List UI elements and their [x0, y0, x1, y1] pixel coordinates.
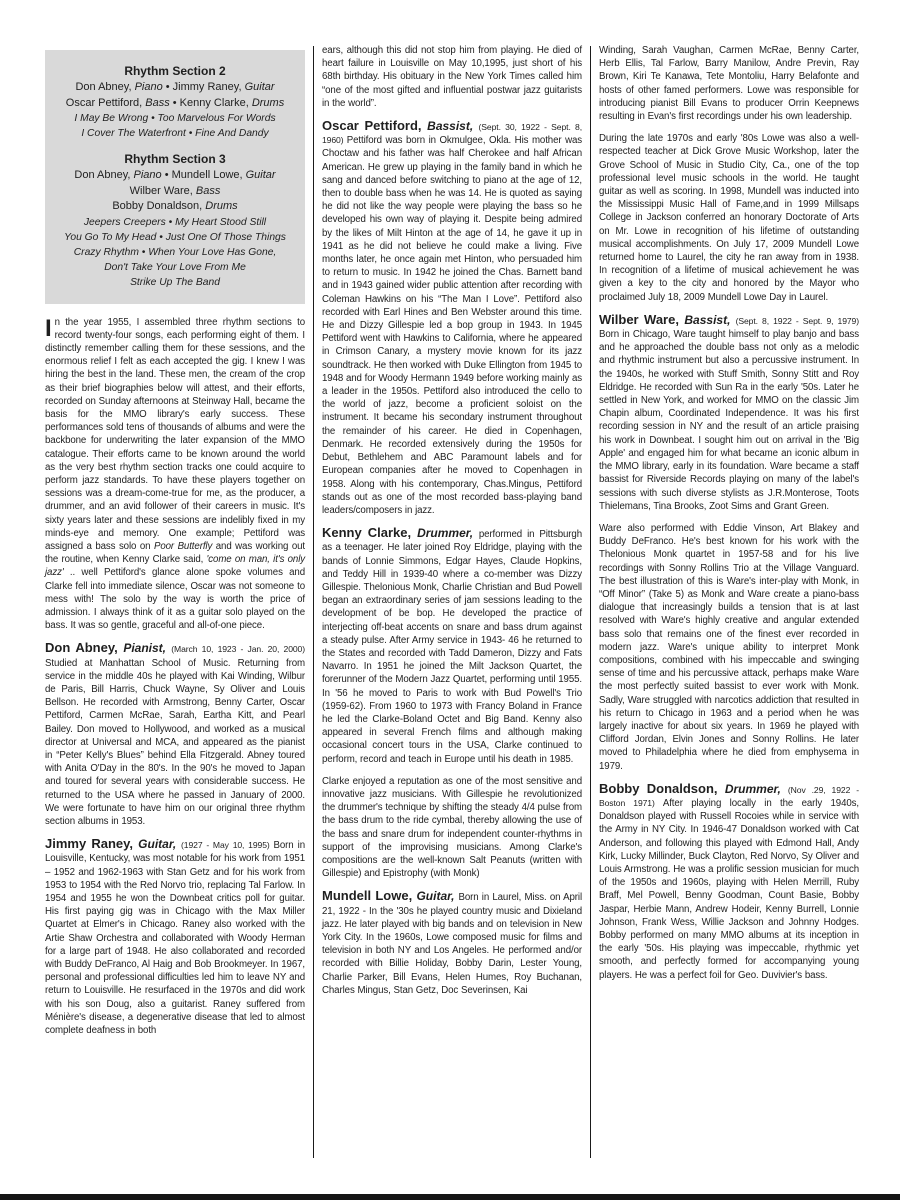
bio-role: Guitar, — [416, 889, 458, 903]
page-bottom-edge — [0, 1194, 900, 1200]
bio-don-abney: Don Abney, Pianist, (March 10, 1923 - Ja… — [45, 641, 305, 828]
raney-continuation-paragraph: ears, although this did not stop him fro… — [322, 44, 582, 110]
bio-dates: (March 10, 1923 - Jan. 20, 2000) — [171, 644, 305, 654]
liner-notes-page: Rhythm Section 2 Don Abney, Piano • Jimm… — [0, 0, 900, 1200]
personnel-line: Don Abney, Piano • Jimmy Raney, Guitar — [51, 80, 299, 96]
bio-name: Oscar Pettiford, — [322, 118, 427, 133]
song-line: Don't Take Your Love From Me — [51, 260, 299, 275]
bio-dates: (1927 - May 10, 1995) — [181, 840, 273, 850]
bio-name: Don Abney, — [45, 640, 123, 655]
song-line: I Cover The Waterfront • Fine And Dandy — [51, 126, 299, 141]
intro-dropcap: I — [45, 317, 52, 340]
bio-name: Bobby Donaldson, — [599, 781, 725, 796]
bio-jimmy-raney: Jimmy Raney, Guitar, (1927 - May 10, 199… — [45, 837, 305, 1037]
rhythm-section-2: Rhythm Section 2 Don Abney, Piano • Jimm… — [51, 63, 299, 141]
bio-oscar-pettiford: Oscar Pettiford, Bassist, (Sept. 30, 192… — [322, 119, 582, 517]
column-3: Winding, Sarah Vaughan, Carmen McRae, Be… — [599, 44, 859, 991]
three-column-layout: Rhythm Section 2 Don Abney, Piano • Jimm… — [0, 0, 900, 1158]
bio-body: performed in Pittsburgh as a teenager. H… — [322, 529, 582, 764]
personnel-line: Don Abney, Piano • Mundell Lowe, Guitar — [51, 168, 299, 184]
rhythm-section-3-title: Rhythm Section 3 — [51, 151, 299, 168]
bio-name: Jimmy Raney, — [45, 836, 138, 851]
bio-body: Born in Chicago, Ware taught himself to … — [599, 329, 859, 512]
personnel-line: Oscar Pettiford, Bass • Kenny Clarke, Dr… — [51, 96, 299, 112]
bio-role: Bassist, — [427, 119, 478, 133]
bio-body: Pettiford was born in Okmulgee, Okla. Hi… — [322, 135, 582, 516]
bio-role: Drummer, — [725, 782, 788, 796]
column-rule-1 — [313, 46, 314, 1158]
ware-monk-paragraph: Ware also performed with Eddie Vinson, A… — [599, 522, 859, 773]
bio-dates: (Sept. 8, 1922 - Sept. 9, 1979) — [736, 316, 859, 326]
bio-role: Drummer, — [417, 526, 479, 540]
lowe-continuation-paragraph: Winding, Sarah Vaughan, Carmen McRae, Be… — [599, 44, 859, 123]
song-line: You Go To My Head • Just One Of Those Th… — [51, 230, 299, 245]
bio-name: Wilber Ware, — [599, 312, 684, 327]
lowe-teaching-paragraph: During the late 1970s and early '80s Low… — [599, 132, 859, 304]
rhythm-section-3: Rhythm Section 3 Don Abney, Piano • Mund… — [51, 151, 299, 290]
bio-name: Mundell Lowe, — [322, 888, 416, 903]
bio-role: Pianist, — [123, 641, 171, 655]
personnel-line: Wilber Ware, Bass — [51, 184, 299, 200]
bio-body: Born in Laurel, Miss. on April 21, 1922 … — [322, 892, 582, 995]
bio-bobby-donaldson: Bobby Donaldson, Drummer, (Nov .29, 1922… — [599, 782, 859, 982]
personnel-line: Bobby Donaldson, Drums — [51, 199, 299, 215]
intro-text: n the year 1955, I assembled three rhyth… — [45, 317, 305, 632]
song-line: Jeepers Creepers • My Heart Stood Still — [51, 215, 299, 230]
bio-role: Guitar, — [138, 837, 181, 851]
bio-body: After playing locally in the early 1940s… — [599, 798, 859, 981]
column-2: ears, although this did not stop him fro… — [322, 44, 582, 1006]
intro-paragraph: In the year 1955, I assembled three rhyt… — [45, 316, 305, 633]
bio-body: Born in Louisville, Kentucky, was most n… — [45, 840, 305, 1036]
column-rule-2 — [590, 46, 591, 1158]
bio-mundell-lowe: Mundell Lowe, Guitar, Born in Laurel, Mi… — [322, 889, 582, 997]
column-1: Rhythm Section 2 Don Abney, Piano • Jimm… — [45, 44, 305, 1046]
rhythm-sections-box: Rhythm Section 2 Don Abney, Piano • Jimm… — [45, 50, 305, 304]
song-line: I May Be Wrong • Too Marvelous For Words — [51, 111, 299, 126]
rhythm-section-2-title: Rhythm Section 2 — [51, 63, 299, 80]
song-line: Crazy Rhythm • When Your Love Has Gone, — [51, 245, 299, 260]
bio-kenny-clarke: Kenny Clarke, Drummer, performed in Pitt… — [322, 526, 582, 766]
song-line: Strike Up The Band — [51, 275, 299, 290]
bio-wilber-ware: Wilber Ware, Bassist, (Sept. 8, 1922 - S… — [599, 313, 859, 513]
bio-body: Studied at Manhattan School of Music. Re… — [45, 658, 305, 827]
clarke-reputation-paragraph: Clarke enjoyed a reputation as one of th… — [322, 775, 582, 881]
bio-name: Kenny Clarke, — [322, 525, 417, 540]
bio-role: Bassist, — [684, 313, 735, 327]
